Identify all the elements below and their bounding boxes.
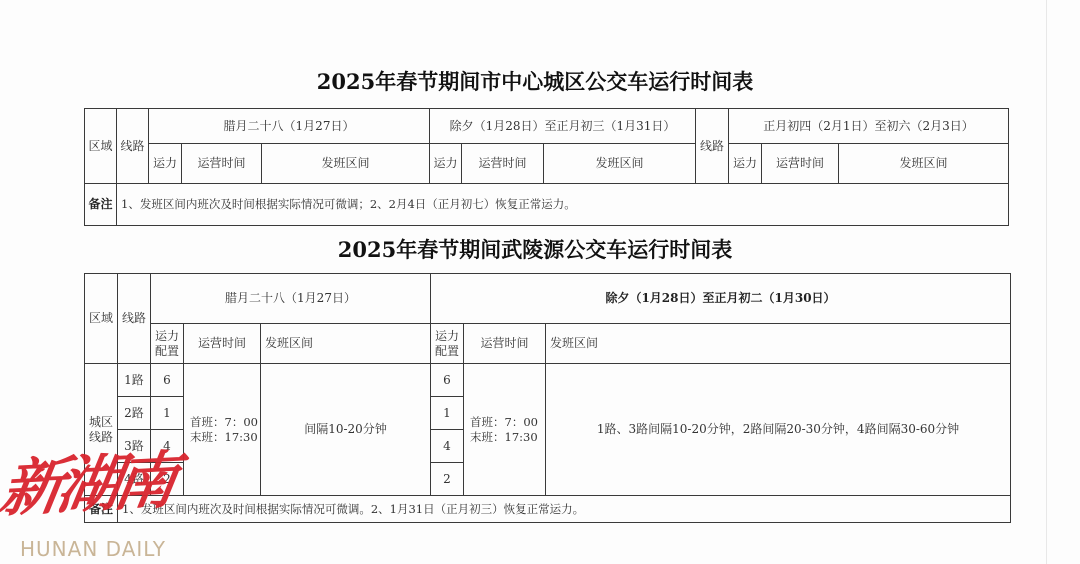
table1-title: 2025年春节期间市中心城区公交车运行时间表	[0, 66, 1075, 96]
wulingyuan-bus-schedule-table: 区域 线路 腊月二十八（1月27日） 除夕（1月28日）至正月初二（1月30日）…	[84, 273, 1011, 523]
header-operating-time: 运营时间	[184, 324, 261, 364]
operating-time-value: 首班：7：00 末班：17:30	[184, 364, 261, 496]
header-operating-time: 运营时间	[464, 324, 546, 364]
header-route: 线路	[118, 274, 151, 364]
interval-value: 1路、3路间隔10-20分钟，2路间隔20-30分钟，4路间隔30-60分钟	[546, 364, 1011, 496]
header-capacity: 运力	[149, 144, 182, 184]
header-interval: 发班区间	[262, 144, 430, 184]
header-capacity: 运力	[729, 144, 762, 184]
note-text: 1、发班区间内班次及时间根据实际情况可微调。2、1月31日（正月初三）恢复正常运…	[118, 496, 1011, 523]
route-name: 1路	[118, 364, 151, 397]
header-interval: 发班区间	[546, 324, 1011, 364]
note-text: 1、发班区间内班次及时间根据实际情况可微调；2、2月4日（正月初七）恢复正常运力…	[117, 184, 1009, 226]
operating-time-value: 首班：7：00 末班：17:30	[464, 364, 546, 496]
capacity-value: 6	[151, 364, 184, 397]
route-name: 2路	[118, 397, 151, 430]
note-label: 备注	[85, 184, 117, 226]
header-capacity: 运力	[430, 144, 462, 184]
capacity-value: 2	[431, 463, 464, 496]
header-operating-time: 运营时间	[462, 144, 544, 184]
capacity-value: 1	[431, 397, 464, 430]
hunan-daily-logo-en: HUNAN DAILY	[20, 538, 166, 560]
header-interval: 发班区间	[261, 324, 431, 364]
header-period-3: 正月初四（2月1日）至初六（2月3日）	[729, 109, 1009, 144]
header-period-1: 腊月二十八（1月27日）	[151, 274, 431, 324]
header-period-2: 除夕（1月28日）至正月初三（1月31日）	[430, 109, 696, 144]
capacity-value: 6	[431, 364, 464, 397]
header-operating-time: 运营时间	[182, 144, 262, 184]
header-region: 区域	[85, 109, 117, 184]
header-period-2: 除夕（1月28日）至正月初二（1月30日）	[431, 274, 1011, 324]
hunan-daily-logo-cn: 新湖南	[0, 446, 176, 525]
header-operating-time: 运营时间	[762, 144, 839, 184]
capacity-value: 1	[151, 397, 184, 430]
header-capacity: 运力 配置	[151, 324, 184, 364]
interval-value: 间隔10-20分钟	[261, 364, 431, 496]
header-interval: 发班区间	[544, 144, 696, 184]
header-interval: 发班区间	[839, 144, 1009, 184]
header-region: 区域	[85, 274, 118, 364]
city-bus-schedule-table: 区域 线路 腊月二十八（1月27日） 除夕（1月28日）至正月初三（1月31日）…	[84, 108, 1009, 226]
header-capacity: 运力 配置	[431, 324, 464, 364]
header-period-1: 腊月二十八（1月27日）	[149, 109, 430, 144]
header-route: 线路	[117, 109, 149, 184]
table2-title: 2025年春节期间武陵源公交车运行时间表	[0, 234, 1075, 264]
header-route-2: 线路	[696, 109, 729, 184]
capacity-value: 4	[431, 430, 464, 463]
